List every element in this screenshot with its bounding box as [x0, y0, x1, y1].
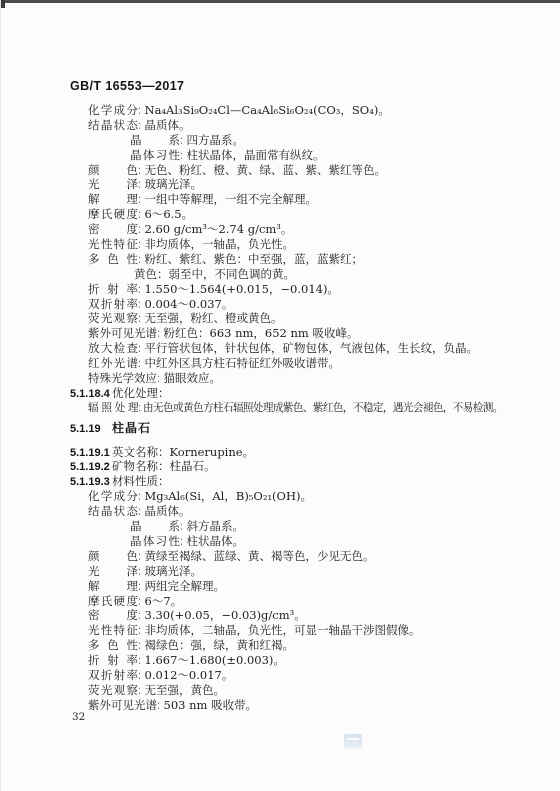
property-label: 摩氏硬度 [88, 207, 138, 222]
property-line: 颜色：黄绿至褐绿、蓝绿、黄、褐等色，少见无色。 [70, 549, 540, 564]
property-label: 折射率 [88, 653, 138, 668]
label-colon: ： [138, 163, 144, 178]
property-line: 双折射率：0.012～0.017。 [70, 668, 540, 683]
property-value: 0.012～0.017。 [145, 668, 234, 682]
label-colon: ： [180, 148, 186, 163]
label-colon: ： [138, 341, 144, 356]
property-value: 粉红色：663 nm，652 nm 吸收峰。 [164, 326, 359, 340]
property-label: 光性特征 [88, 237, 138, 252]
property-line: 化学成分：Mg₃Al₆(Si，Al，B)₅O₂₁(OH)。 [70, 489, 540, 504]
property-value: 3.30(+0.05，−0.03)g/cm³。 [145, 608, 306, 622]
label-colon: ： [138, 356, 144, 371]
property-label: 晶系 [130, 133, 180, 148]
property-label: 晶体习性 [130, 148, 180, 163]
label-colon: ： [138, 282, 144, 297]
property-value: 晶质体。 [145, 504, 191, 518]
property-label: 光性特征 [88, 623, 138, 638]
property-line: 光性特征：非均质体，一轴晶，负光性。 [70, 237, 540, 252]
label-colon: ： [138, 579, 144, 594]
label-colon: ： [138, 252, 144, 267]
clause-line: 5.1.19.3材料性质： [70, 474, 540, 489]
label-colon: ： [138, 311, 144, 326]
property-value: 无至强，黄色。 [145, 683, 226, 697]
property-value: 柱状晶体，晶面常有纵纹。 [187, 148, 325, 162]
label-colon: ： [138, 401, 144, 416]
section-heading: 5.1.19柱晶石 [70, 421, 540, 436]
property-line: 摩氏硬度：6～6.5。 [70, 207, 540, 222]
property-line: 解理：两组完全解理。 [70, 579, 540, 594]
property-label: 颜色 [88, 163, 138, 178]
property-value: 非均质体，二轴晶，负光性，可显一轴晶干涉图假像。 [145, 623, 421, 637]
clause-line: 5.1.18.4优化处理： [70, 386, 540, 401]
property-line: 化学成分：Na₄Al₃Si₉O₂₄Cl—Ca₄Al₆Si₆O₂₄(CO₃，SO₄… [70, 103, 540, 118]
label-colon: ： [138, 118, 144, 133]
property-label: 双折射率 [88, 297, 138, 312]
property-label: 辐照处理 [88, 401, 138, 416]
clause-line: 5.1.19.2矿物名称：柱晶石。 [70, 459, 540, 474]
property-line: 多色性：粉红、紫红、紫色：中至强，蓝，蓝紫红； [70, 252, 540, 267]
property-label: 红外光谱 [88, 356, 138, 371]
property-value: 粉红、紫红、紫色：中至强，蓝，蓝紫红； [145, 252, 364, 266]
property-label: 紫外可见光谱 [88, 698, 157, 713]
clause-number: 5.1.18.4 [70, 387, 112, 402]
label-colon: ： [138, 623, 144, 638]
label-colon: ： [157, 326, 163, 341]
property-value: 柱状晶体。 [187, 534, 245, 548]
label-colon: ： [138, 222, 144, 237]
label-colon: ： [138, 668, 144, 683]
property-value: 一组中等解理，一组不完全解理。 [145, 192, 318, 206]
document-body: 化学成分：Na₄Al₃Si₉O₂₄Cl—Ca₄Al₆Si₆O₂₄(CO₃，SO₄… [70, 103, 540, 713]
property-value: 非均质体，一轴晶，负光性。 [145, 237, 295, 251]
property-label: 紫外可见光谱 [88, 326, 157, 341]
property-label: 结晶状态 [88, 504, 138, 519]
property-value: 斜方晶系。 [187, 519, 245, 533]
label-colon: ： [138, 564, 144, 579]
property-value: Na₄Al₃Si₉O₂₄Cl—Ca₄Al₆Si₆O₂₄(CO₃，SO₄)。 [145, 103, 390, 117]
property-label: 多色性 [88, 252, 138, 267]
property-line: 光泽：玻璃光泽。 [70, 177, 540, 192]
label-colon: ： [138, 489, 144, 504]
property-value: 黄绿至褐绿、蓝绿、黄、褐等色，少见无色。 [145, 549, 375, 563]
property-line: 解理：一组中等解理，一组不完全解理。 [70, 192, 540, 207]
property-label: 双折射率 [88, 668, 138, 683]
property-value: 1.667～1.680(±0.003)。 [145, 653, 285, 667]
property-label: 特殊光学效应 [88, 371, 157, 386]
property-line: 红外光谱：中红外区具方柱石特征红外吸收谱带。 [70, 356, 540, 371]
label-colon: ： [180, 534, 186, 549]
property-line: 荧光观察：无至强，粉红、橙或黄色。 [70, 311, 540, 326]
section-number: 5.1.19 [70, 422, 112, 437]
property-line: 紫外可见光谱：粉红色：663 nm，652 nm 吸收峰。 [70, 326, 540, 341]
property-value: 由无色或黄色方柱石辐照处理成紫色、紫红色，不稳定，遇光会褪色，不易检测。 [143, 402, 503, 414]
property-line: 光泽：玻璃光泽。 [70, 564, 540, 579]
property-label: 颜色 [88, 549, 138, 564]
property-label: 密度 [88, 222, 138, 237]
label-colon: ： [138, 207, 144, 222]
scan-left-edge [0, 0, 1, 791]
label-colon: ： [138, 103, 144, 118]
page-number: 32 [72, 711, 85, 723]
property-label: 折射率 [88, 282, 138, 297]
property-value: 两组完全解理。 [145, 579, 226, 593]
label-colon: ： [180, 133, 186, 148]
property-value: 猫眼效应。 [164, 371, 222, 385]
property-label: 光泽 [88, 564, 138, 579]
property-line: 紫外可见光谱：503 nm 吸收带。 [70, 698, 540, 713]
property-line: 特殊光学效应：猫眼效应。 [70, 371, 540, 386]
scanned-standard-page: GB/T 16553—2017 化学成分：Na₄Al₃Si₉O₂₄Cl—Ca₄A… [0, 0, 560, 791]
property-label: 放大检查 [88, 341, 138, 356]
label-colon: ： [138, 177, 144, 192]
sub-property-line: 晶体习性：柱状晶体，晶面常有纵纹。 [70, 148, 540, 163]
clause-number: 5.1.19.2 [70, 460, 112, 475]
label-colon: ： [138, 683, 144, 698]
property-label: 晶体习性 [130, 534, 180, 549]
label-colon: ： [138, 237, 144, 252]
property-value: 0.004～0.037。 [145, 297, 234, 311]
clause-text: 英文名称：Kornerupine。 [112, 445, 254, 459]
property-value: 503 nm 吸收带。 [164, 698, 258, 712]
property-line: 颜色：无色、粉红、橙、黄、绿、蓝、紫、紫红等色。 [70, 163, 540, 178]
clause-line: 5.1.19.1英文名称：Kornerupine。 [70, 445, 540, 460]
label-colon: ： [138, 638, 144, 653]
clause-number: 5.1.19.3 [70, 475, 112, 490]
property-value: Mg₃Al₆(Si，Al，B)₅O₂₁(OH)。 [145, 489, 313, 503]
standard-code-header: GB/T 16553—2017 [70, 79, 184, 93]
label-colon: ： [138, 594, 144, 609]
continuation-text: 黄色：弱至中，不同色调的黄。 [134, 267, 295, 281]
property-value: 褐绿色：强，绿，黄和红褐。 [145, 638, 295, 652]
section-title: 柱晶石 [112, 421, 151, 435]
sub-property-line: 晶系：四方晶系。 [70, 133, 540, 148]
property-line: 密度：2.60 g/cm³～2.74 g/cm³。 [70, 222, 540, 237]
property-value: 玻璃光泽。 [145, 564, 203, 578]
property-value: 晶质体。 [145, 118, 191, 132]
property-line: 光性特征：非均质体，二轴晶，负光性，可显一轴晶干涉图假像。 [70, 623, 540, 638]
property-line: 结晶状态：晶质体。 [70, 118, 540, 133]
continuation-line: 黄色：弱至中，不同色调的黄。 [70, 267, 540, 282]
property-label: 多色性 [88, 638, 138, 653]
property-label: 化学成分 [88, 489, 138, 504]
property-line: 双折射率：0.004～0.037。 [70, 297, 540, 312]
label-colon: ： [157, 371, 163, 386]
label-colon: ： [138, 653, 144, 668]
property-value: 6～7。 [145, 594, 183, 608]
property-label: 解理 [88, 192, 138, 207]
label-colon: ： [138, 608, 144, 623]
label-colon: ： [157, 698, 163, 713]
clause-text: 矿物名称：柱晶石。 [112, 459, 216, 473]
property-label: 化学成分 [88, 103, 138, 118]
property-line: 荧光观察：无至强，黄色。 [70, 683, 540, 698]
property-value: 平行管状包体，针状包体，矿物包体，气液包体，生长纹，负晶。 [145, 341, 479, 355]
property-line: 折射率：1.667～1.680(±0.003)。 [70, 653, 540, 668]
property-line: 密度：3.30(+0.05，−0.03)g/cm³。 [70, 608, 540, 623]
property-label: 密度 [88, 608, 138, 623]
sub-property-line: 晶体习性：柱状晶体。 [70, 534, 540, 549]
sub-property-line: 晶系：斜方晶系。 [70, 519, 540, 534]
label-colon: ： [138, 504, 144, 519]
property-value: 1.550～1.564(+0.015，−0.014)。 [145, 282, 339, 296]
property-label: 解理 [88, 579, 138, 594]
property-value: 2.60 g/cm³～2.74 g/cm³。 [145, 222, 293, 236]
property-label: 摩氏硬度 [88, 594, 138, 609]
clause-text: 材料性质： [112, 474, 170, 488]
property-line: 多色性：褐绿色：强，绿，黄和红褐。 [70, 638, 540, 653]
clause-text: 优化处理： [112, 386, 170, 400]
property-value: 四方晶系。 [187, 133, 245, 147]
property-value: 玻璃光泽。 [145, 177, 203, 191]
property-value: 无至强，粉红、橙或黄色。 [145, 311, 283, 325]
property-value: 6～6.5。 [145, 207, 194, 221]
property-label: 晶系 [130, 519, 180, 534]
watermark-logo [344, 734, 362, 749]
property-line: 摩氏硬度：6～7。 [70, 594, 540, 609]
property-label: 结晶状态 [88, 118, 138, 133]
label-colon: ： [180, 519, 186, 534]
property-line: 折射率：1.550～1.564(+0.015，−0.014)。 [70, 282, 540, 297]
property-value: 中红外区具方柱石特征红外吸收谱带。 [145, 356, 341, 370]
label-colon: ： [138, 297, 144, 312]
label-colon: ： [138, 549, 144, 564]
property-value: 无色、粉红、橙、黄、绿、蓝、紫、紫红等色。 [145, 163, 387, 177]
property-line: 放大检查：平行管状包体，针状包体，矿物包体，气液包体，生长纹，负晶。 [70, 341, 540, 356]
label-colon: ： [138, 192, 144, 207]
property-label: 荧光观察 [88, 311, 138, 326]
property-line: 辐照处理：由无色或黄色方柱石辐照处理成紫色、紫红色，不稳定，遇光会褪色，不易检测… [70, 401, 540, 416]
clause-number: 5.1.19.1 [70, 446, 112, 461]
property-line: 结晶状态：晶质体。 [70, 504, 540, 519]
property-label: 光泽 [88, 177, 138, 192]
property-label: 荧光观察 [88, 683, 138, 698]
scan-edge-artifact [0, 0, 560, 3]
